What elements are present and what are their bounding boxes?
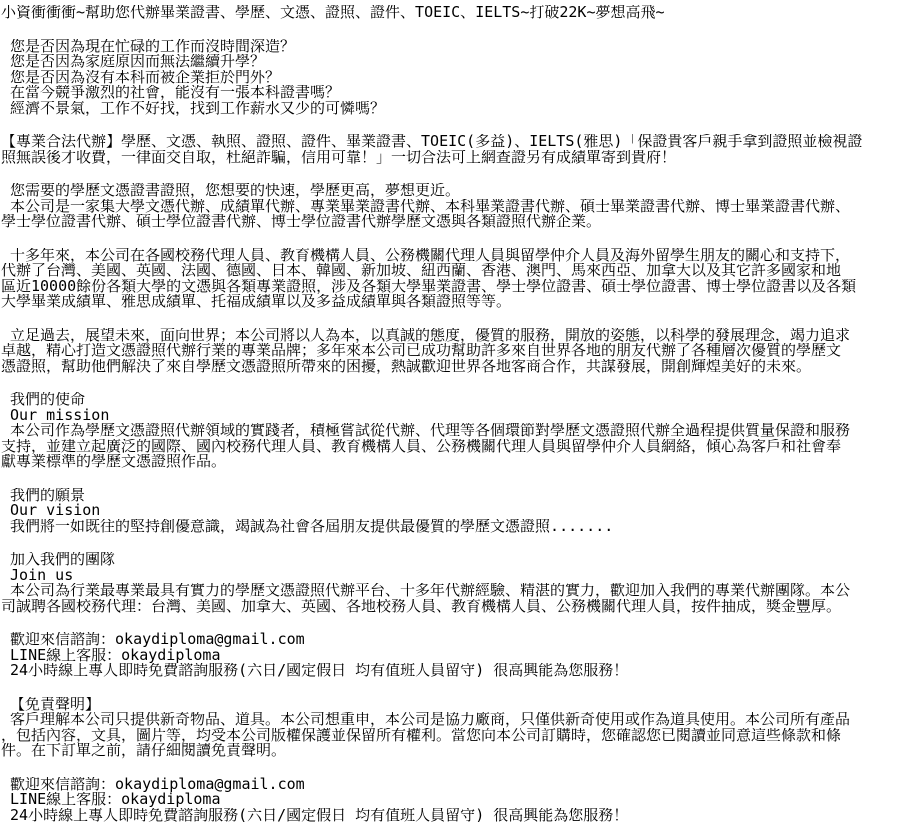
outlook-line: 憑證照，幫助他們解決了來自學歷文憑證照所帶來的困擾，熱誠歡迎世界各地客商合作，共… <box>1 359 911 375</box>
question-line: 您是否因為沒有本科而被企業拒於門外？ <box>1 70 911 86</box>
outlook-statement: 立足過去，展望未來，面向世界；本公司將以人為本，以真誠的態度，優質的服務，開放的… <box>1 328 911 375</box>
document-body: 小資衝衝衝~幫助您代辦畢業證書、學歷、文憑、證照、證件、TOEIC、IELTS~… <box>0 0 911 823</box>
question-line: 您是否因為家庭原因而無法繼續升學？ <box>1 54 911 70</box>
disclaimer-heading: 【免責聲明】 <box>1 697 911 713</box>
services-line: 您需要的學歷文憑證書證照，您想要的快速，學歷更高，夢想更近。 <box>1 183 911 199</box>
page-title: 小資衝衝衝~幫助您代辦畢業證書、學歷、文憑、證照、證件、TOEIC、IELTS~… <box>1 5 911 21</box>
join-team-body-line: 本公司為行業最專業最具有實力的學歷文憑證照代辦平台、十多年代辦經驗、精湛的實力，… <box>1 583 911 599</box>
track-record-line: 區近10000餘份各類大學的文憑與各類專業證照，涉及各類大學畢業證書、學士學位證… <box>1 279 911 295</box>
line-service-line: LINE線上客服：okaydiploma <box>1 792 911 808</box>
services-line: 本公司是一家集大學文憑代辦、成績單代辦、專業畢業證書代辦、本科畢業證書代辦、碩士… <box>1 199 911 215</box>
join-team-heading: 加入我們的團隊 <box>1 552 911 568</box>
vision-body-line: 我們將一如既往的堅持創優意識，竭誠為社會各屆朋友提供最優質的學歷文憑證照....… <box>1 519 911 535</box>
contact-block-footer: 歡迎來信諮詢：okaydiploma@gmail.com LINE線上客服：ok… <box>1 777 911 824</box>
legal-agency-offer: 【專業合法代辦】學歷、文憑、執照、證照、證件、畢業證書、TOEIC(多益)、IE… <box>1 134 911 165</box>
disclaimer-body-line: 件。在下訂單之前，請仔細閱讀免責聲明。 <box>1 743 911 759</box>
track-record-line: 代辦了台灣、美國、英國、法國、德國、日本、韓國、新加坡、紐西蘭、香港、澳門、馬來… <box>1 263 911 279</box>
vision-heading-en: Our vision <box>1 503 911 519</box>
headline: 小資衝衝衝~幫助您代辦畢業證書、學歷、文憑、證照、證件、TOEIC、IELTS~… <box>1 5 911 21</box>
outlook-line: 卓越，精心打造文憑證照代辦行業的專業品牌；多年來本公司已成功幫助許多來自世界各地… <box>1 343 911 359</box>
mission-section: 我們的使命 Our mission 本公司作為學歷文憑證照代辦領域的實踐者，積極… <box>1 392 911 470</box>
offer-line: 照無誤後才收費，一律面交自取，杜絕詐騙，信用可靠！」一切合法可上網查證另有成績單… <box>1 150 911 166</box>
offer-line: 【專業合法代辦】學歷、文憑、執照、證照、證件、畢業證書、TOEIC(多益)、IE… <box>1 134 911 150</box>
support-hours-line: 24小時線上專人即時免費諮詢服務(六日/國定假日 均有值班人員留守) 很高興能為… <box>1 808 911 824</box>
line-service-line: LINE線上客服：okaydiploma <box>1 648 911 664</box>
vision-heading: 我們的願景 <box>1 488 911 504</box>
pain-point-questions: 您是否因為現在忙碌的工作而沒時間深造？ 您是否因為家庭原因而無法繼續升學？ 您是… <box>1 39 911 117</box>
track-record-line: 十多年來，本公司在各國校務代理人員、教育機構人員、公務機關代理人員與留學仲介人員… <box>1 248 911 264</box>
track-record-line: 大學畢業成績單、雅思成績單、托福成績單以及多益成績單與各類證照等等。 <box>1 294 911 310</box>
mission-body-line: 本公司作為學歷文憑證照代辦領域的實踐者，積極嘗試從代辦、代理等各個環節對學歷文憑… <box>1 423 911 439</box>
join-team-section: 加入我們的團隊 Join us 本公司為行業最專業最具有實力的學歷文憑證照代辦平… <box>1 552 911 614</box>
mission-heading-en: Our mission <box>1 408 911 424</box>
join-team-heading-en: Join us <box>1 568 911 584</box>
mission-heading: 我們的使命 <box>1 392 911 408</box>
join-team-body-line: 司誠聘各國校務代理：台灣、美國、加拿大、英國、各地校務人員、教育機構人員、公務機… <box>1 599 911 615</box>
contact-block: 歡迎來信諮詢：okaydiploma@gmail.com LINE線上客服：ok… <box>1 632 911 679</box>
email-contact-line: 歡迎來信諮詢：okaydiploma@gmail.com <box>1 777 911 793</box>
services-overview: 您需要的學歷文憑證書證照，您想要的快速，學歷更高，夢想更近。 本公司是一家集大學… <box>1 183 911 230</box>
question-line: 經濟不景氣，工作不好找，找到工作薪水又少的可憐嗎？ <box>1 101 911 117</box>
services-line: 學士學位證書代辦、碩士學位證書代辦、博士學位證書代辦學歷文憑與各類證照代辦企業。 <box>1 214 911 230</box>
vision-section: 我們的願景 Our vision 我們將一如既往的堅持創優意識，竭誠為社會各屆朋… <box>1 488 911 535</box>
email-contact-line: 歡迎來信諮詢：okaydiploma@gmail.com <box>1 632 911 648</box>
disclaimer-body-line: 客戶理解本公司只提供新奇物品、道具。本公司想重申，本公司是協力廠商，只僅供新奇使… <box>1 712 911 728</box>
disclaimer-body-line: ，包括內容，文具，圖片等，均受本公司版權保護並保留所有權利。當您向本公司訂購時，… <box>1 728 911 744</box>
mission-body-line: 支持，並建立起廣泛的國際、國內校務代理人員、教育機構人員、公務機關代理人員與留學… <box>1 439 911 455</box>
question-line: 在當今競爭激烈的社會，能沒有一張本科證書嗎？ <box>1 85 911 101</box>
outlook-line: 立足過去，展望未來，面向世界；本公司將以人為本，以真誠的態度，優質的服務，開放的… <box>1 328 911 344</box>
question-line: 您是否因為現在忙碌的工作而沒時間深造？ <box>1 39 911 55</box>
track-record: 十多年來，本公司在各國校務代理人員、教育機構人員、公務機關代理人員與留學仲介人員… <box>1 248 911 310</box>
disclaimer-section: 【免責聲明】 客戶理解本公司只提供新奇物品、道具。本公司想重申，本公司是協力廠商… <box>1 697 911 759</box>
support-hours-line: 24小時線上專人即時免費諮詢服務(六日/國定假日 均有值班人員留守) 很高興能為… <box>1 663 911 679</box>
mission-body-line: 獻專業標準的學歷文憑證照作品。 <box>1 454 911 470</box>
